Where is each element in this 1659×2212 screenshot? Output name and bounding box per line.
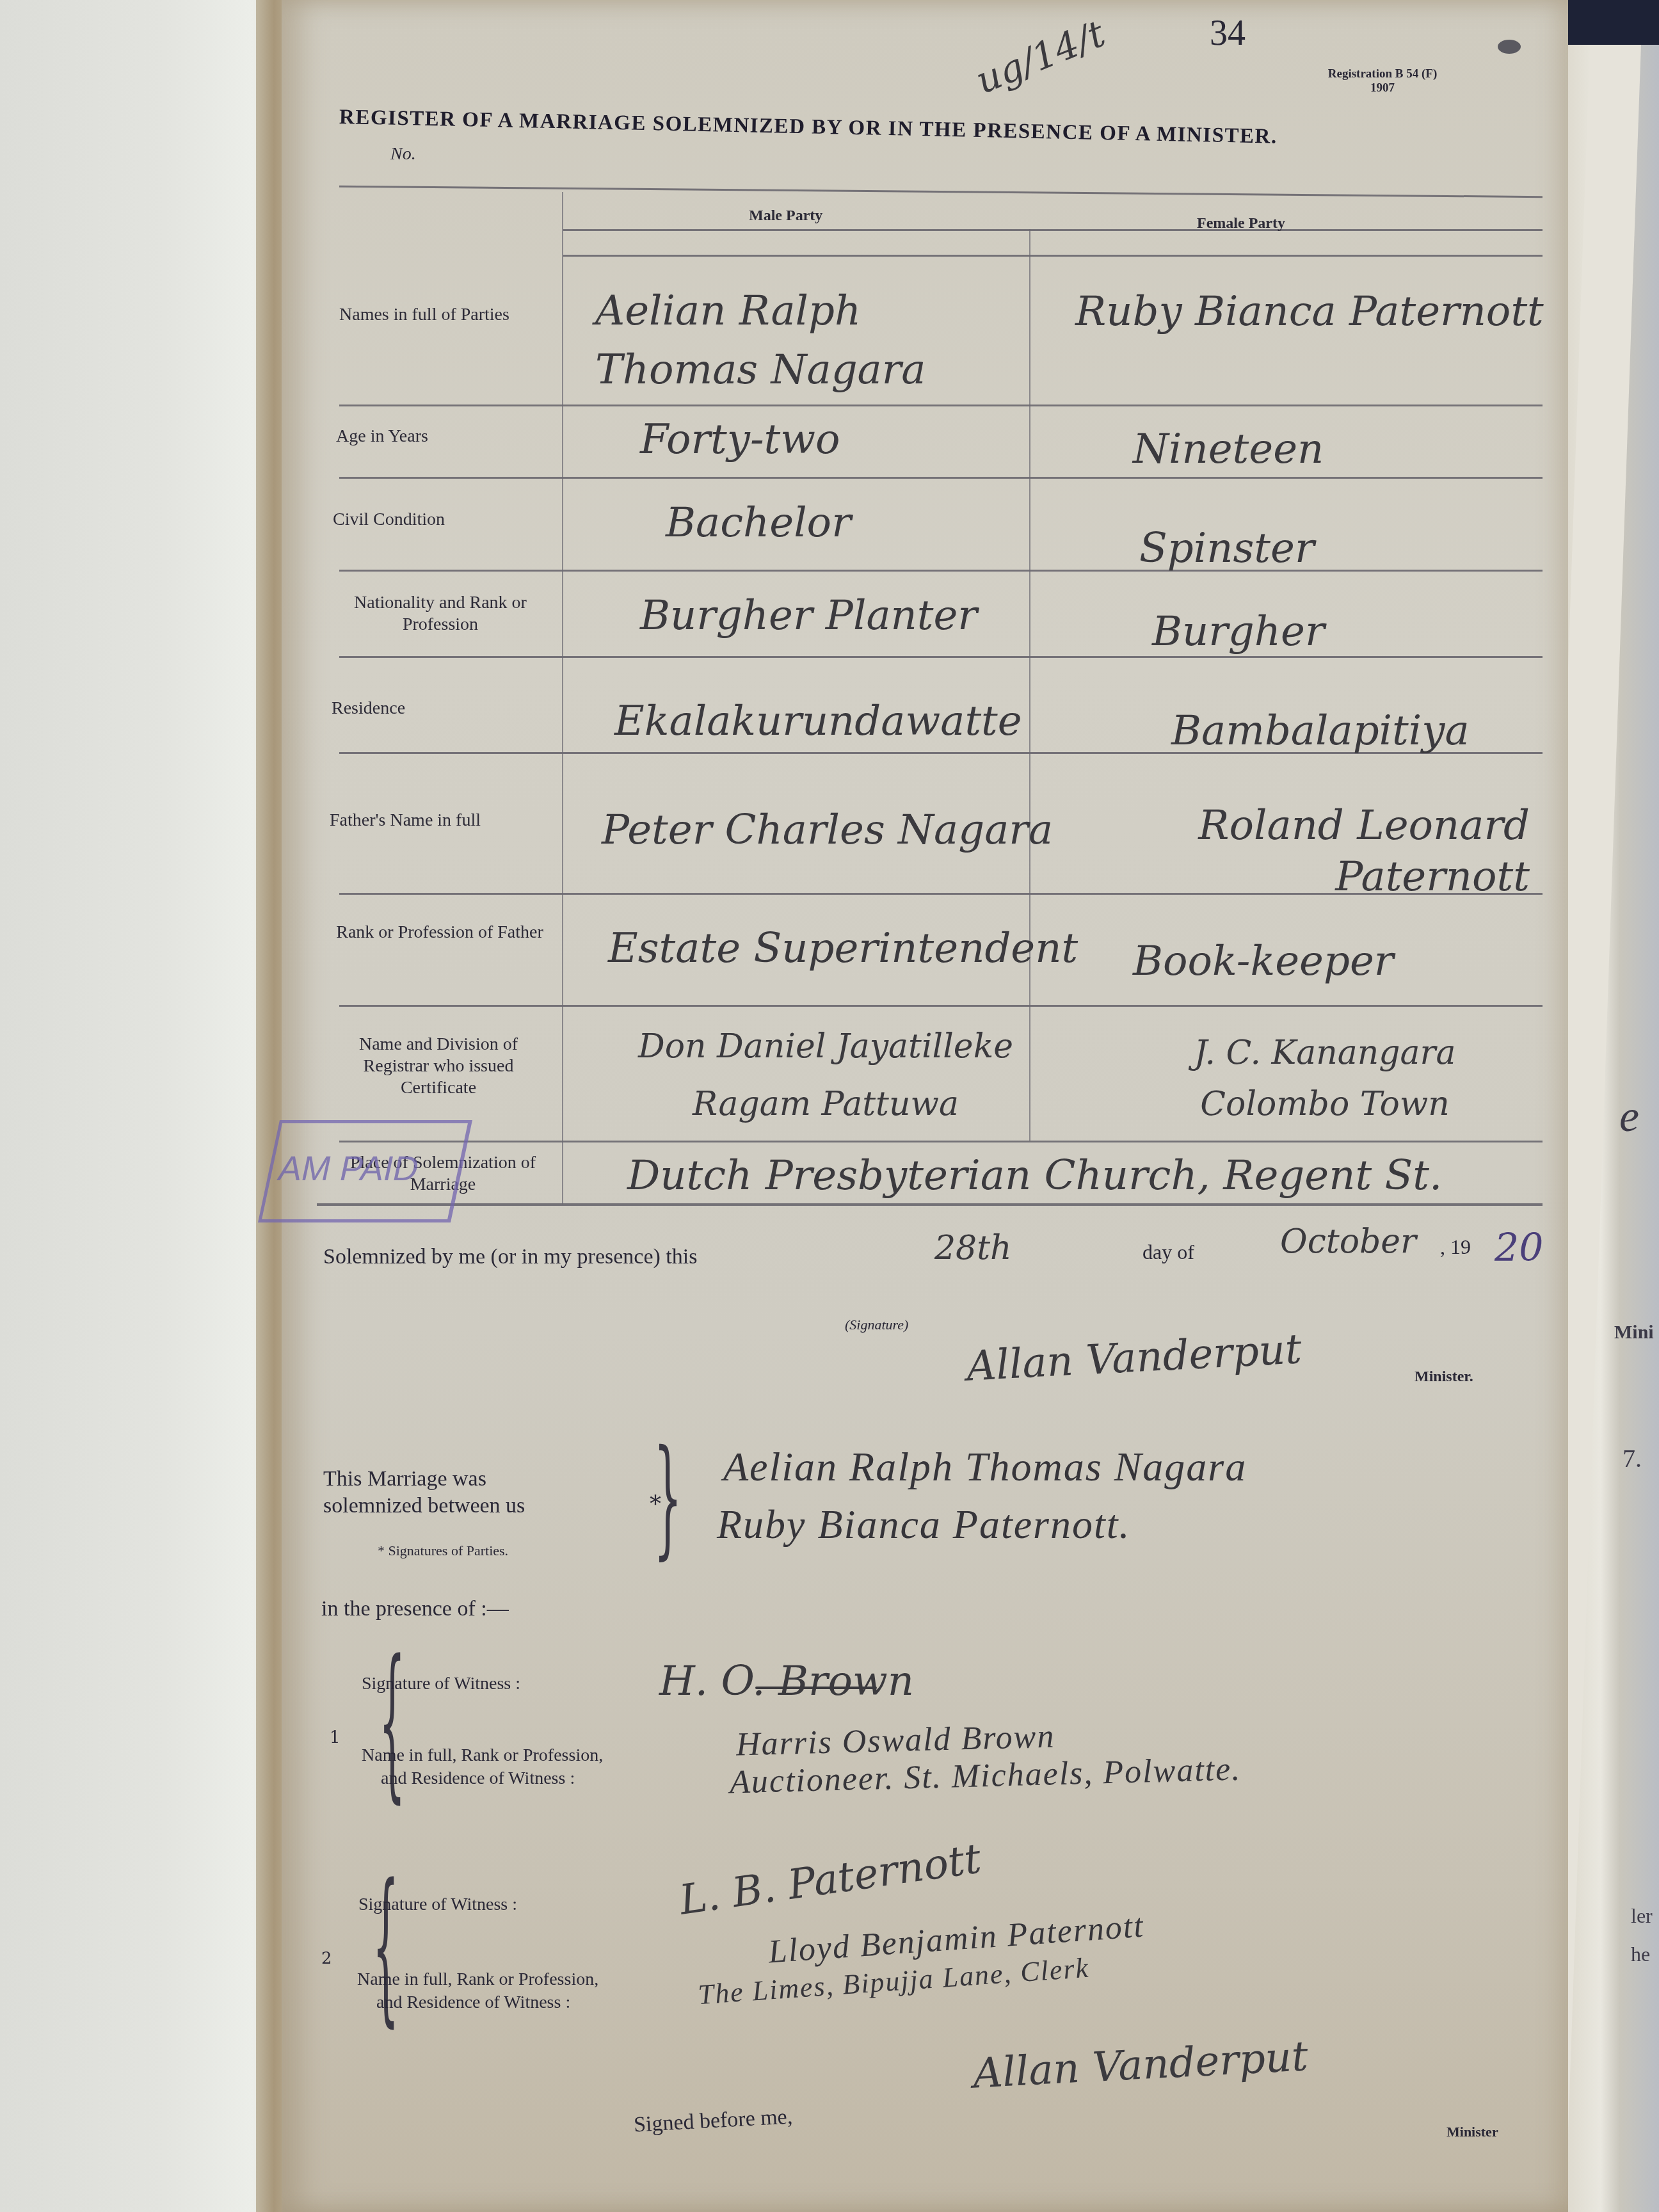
row-label-age: Age in Years (336, 426, 554, 447)
row-label-civil-condition: Civil Condition (333, 509, 550, 531)
parties-footnote: * Signatures of Parties. (378, 1543, 508, 1559)
minister-signature: Allan Vanderput (965, 1326, 1302, 1390)
page-number: 34 (1210, 13, 1246, 54)
presence-label: in the presence of :— (321, 1597, 509, 1621)
adjacent-page-fragment: e (1619, 1091, 1639, 1142)
margin-annotation: ug/14/t (970, 12, 1111, 102)
male-civil-condition: Bachelor (666, 499, 851, 547)
solemnized-year: 20 (1495, 1226, 1543, 1270)
table-top-rule (339, 186, 1543, 198)
adjacent-page-fragment: Mini (1614, 1322, 1654, 1343)
adjacent-page-fragment: 7. (1623, 1443, 1642, 1473)
witness-1-name-label: Name in full, Rank or Profession, and Re… (362, 1744, 603, 1790)
parties-statement-line2: solemnized between us (323, 1493, 525, 1519)
solemnized-statement: Solemnized by me (or in my presence) thi… (323, 1245, 697, 1269)
male-father-profession: Estate Superintendent (608, 925, 1078, 972)
row-divider (339, 477, 1543, 479)
adjacent-page-fragment: ler (1631, 1904, 1653, 1928)
solemnized-month: October (1280, 1222, 1416, 1261)
female-civil-condition: Spinster (1139, 525, 1315, 572)
witness-1-name-label-line1: Name in full, Rank or Profession, (362, 1744, 603, 1767)
row-label-father-name: Father's Name in full (330, 810, 560, 831)
row-divider (563, 255, 1543, 257)
form-code: Registration B 54 (F) 1907 (1280, 67, 1485, 95)
row-label-names: Names in full of Parties (339, 304, 557, 326)
signed-before-minister-title: Minister (1447, 2124, 1498, 2140)
witness-2-signature: L. B. Paternott (677, 1835, 984, 1924)
row-divider (339, 570, 1543, 572)
row-divider (339, 656, 1543, 658)
form-year: 1907 (1280, 81, 1485, 95)
signed-before-label: Signed before me, (633, 2105, 793, 2138)
register-number-label: No. (390, 144, 416, 164)
column-header-male: Male Party (749, 205, 822, 227)
female-registrar: J. C. Kanangara Colombo Town (1120, 1027, 1530, 1130)
witness-2-number: 2 (321, 1949, 332, 1968)
female-party-signature: Ruby Bianca Paternott. (717, 1501, 1131, 1548)
row-divider (339, 1141, 1543, 1142)
row-label-registrar: Name and Division of Registrar who issue… (326, 1034, 550, 1099)
witness-2-name-label-line1: Name in full, Rank or Profession, (357, 1968, 598, 1991)
adjacent-page-fragment: he (1631, 1943, 1650, 1966)
row-divider (339, 405, 1543, 406)
male-nationality-profession: Burgher Planter (640, 592, 977, 639)
column-header-female: Female Party (1197, 212, 1285, 234)
witness-2-name-label: Name in full, Rank or Profession, and Re… (357, 1968, 598, 2014)
female-father-name: Roland Leonard Paternott (1120, 800, 1530, 902)
male-registrar: Don Daniel Jayatilleke Ragam Pattuwa (608, 1018, 1043, 1133)
place-of-solemnization: Dutch Presbyterian Church, Regent St. (627, 1152, 1442, 1199)
stamp-text: AM PAID (275, 1149, 422, 1189)
document-title: REGISTER OF A MARRIAGE SOLEMNIZED BY OR … (339, 106, 1278, 149)
female-residence: Bambalapitiya (1171, 707, 1470, 755)
signed-before-minister-signature: Allan Vanderput (972, 2033, 1309, 2097)
witness-1-number: 1 (330, 1728, 341, 1747)
row-label-father-profession: Rank or Profession of Father (328, 922, 552, 943)
female-nationality-profession: Burgher (1152, 608, 1325, 655)
label-column-divider (562, 192, 563, 1205)
party-column-divider (1029, 229, 1030, 1141)
male-party-signature: Aelian Ralph Thomas Nagara (723, 1443, 1247, 1491)
witness-2-name-label-line2: and Residence of Witness : (357, 1991, 598, 2014)
witness-2-signature-label: Signature of Witness : (358, 1895, 517, 1915)
male-father-name: Peter Charles Nagara (602, 806, 1053, 854)
male-age: Forty-two (640, 416, 840, 463)
signature-caption: (Signature) (845, 1317, 908, 1333)
row-label-residence: Residence (332, 698, 549, 719)
male-full-name: Aelian Ralph Thomas Nagara (595, 282, 1018, 399)
punch-hole (1498, 40, 1521, 54)
parties-statement: This Marriage was solemnized between us (323, 1466, 525, 1519)
year-prefix: , 19 (1440, 1235, 1471, 1259)
parties-statement-line1: This Marriage was (323, 1466, 525, 1493)
solemnized-day: 28th (934, 1229, 1012, 1267)
day-of-label: day of (1142, 1240, 1194, 1264)
female-father-profession: Book-keeper (1133, 938, 1393, 985)
witness-1-signature-label: Signature of Witness : (362, 1674, 520, 1694)
witness-1-name-label-line2: and Residence of Witness : (362, 1767, 603, 1790)
register-page: 34 ug/14/t Registration B 54 (F) 1907 RE… (282, 0, 1568, 2212)
female-age: Nineteen (1133, 426, 1324, 473)
row-divider (339, 1005, 1543, 1007)
female-full-name: Ruby Bianca Paternott (1075, 288, 1549, 335)
witness-1-signature: H. O. Brown (659, 1658, 914, 1705)
table-bottom-rule (317, 1203, 1543, 1206)
male-residence: Ekalakurundawatte (614, 698, 1022, 745)
column-header-rule (563, 229, 1543, 231)
paid-stamp: AM PAID (258, 1120, 472, 1222)
row-label-nationality: Nationality and Rank or Profession (332, 592, 549, 636)
parties-asterisk: * (650, 1491, 661, 1518)
witness-1-signature-flourish (755, 1687, 877, 1689)
minister-title: Minister. (1415, 1368, 1473, 1386)
left-blank-page (0, 0, 275, 2212)
form-code-text: Registration B 54 (F) (1280, 67, 1485, 81)
